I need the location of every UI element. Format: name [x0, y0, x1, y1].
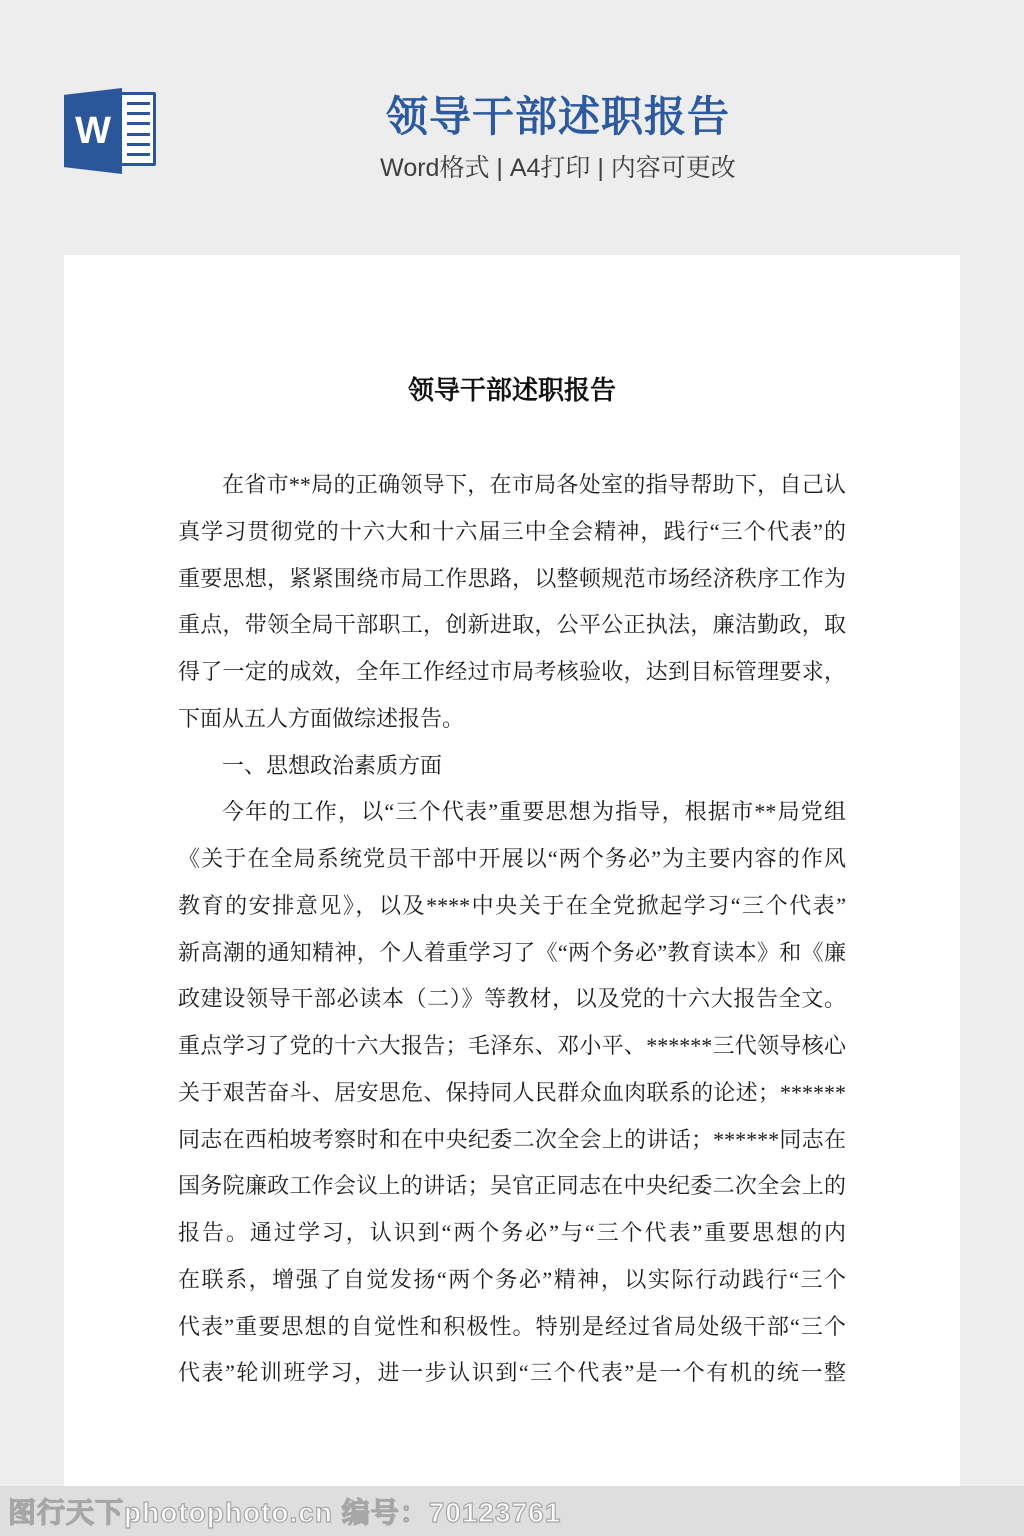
body-line: 《关于在全局系统党员干部中开展以“两个务必”为主要内容的作风 [178, 836, 846, 883]
body-line: 在联系，增强了自觉发扬“两个务必”精神，以实际行动践行“三个 [178, 1257, 846, 1304]
page-background: W 领导干部述职报告 Word格式 | A4打印 | 内容可更改 领导干部述职报… [0, 0, 1024, 1536]
body-line: 国务院廉政工作会议上的讲话；吴官正同志在中央纪委二次全会上的 [178, 1163, 846, 1210]
header-title: 领导干部述职报告 [92, 94, 1024, 140]
document-page: 领导干部述职报告 在省市**局的正确领导下，在市局各处室的指导帮助下，自己认 真… [64, 255, 960, 1536]
body-line: 代表”重要思想的自觉性和积极性。特别是经过省局处级干部“三个 [178, 1304, 846, 1351]
watermark-text: 图行天下photophoto.cn 编号：70123761 [0, 1491, 561, 1531]
header-subtitle: Word格式 | A4打印 | 内容可更改 [92, 153, 1024, 183]
body-line: 重要思想，紧紧围绕市局工作思路，以整顿规范市场经济秩序工作为 [178, 556, 846, 603]
body-line: 教育的安排意见》，以及****中央关于在全党掀起学习“三个代表” [178, 883, 846, 930]
body-line: 报告。通过学习，认识到“两个务必”与“三个代表”重要思想的内 [178, 1210, 846, 1257]
body-line: 今年的工作，以“三个代表”重要思想为指导，根据市**局党组 [178, 789, 846, 836]
body-line: 重点学习了党的十六大报告；毛泽东、邓小平、******三代领导核心 [178, 1023, 846, 1070]
body-line: 重点，带领全局干部职工，创新进取，公平公正执法，廉洁勤政，取 [178, 602, 846, 649]
document-body: 在省市**局的正确领导下，在市局各处室的指导帮助下，自己认 真学习贯彻党的十六大… [64, 462, 960, 1397]
document-title: 领导干部述职报告 [64, 367, 960, 414]
body-line: 下面从五人方面做综述报告。 [178, 696, 846, 743]
section-heading: 一、思想政治素质方面 [178, 743, 846, 790]
body-line: 真学习贯彻党的十六大和十六届三中全会精神，践行“三个代表”的 [178, 509, 846, 556]
body-line: 政建设领导干部必读本（二）》等教材，以及党的十六大报告全文。 [178, 976, 846, 1023]
body-line: 同志在西柏坡考察时和在中央纪委二次全会上的讲话；******同志在 [178, 1117, 846, 1164]
body-line: 关于艰苦奋斗、居安思危、保持同人民群众血肉联系的论述；****** [178, 1070, 846, 1117]
header: 领导干部述职报告 Word格式 | A4打印 | 内容可更改 [92, 94, 1024, 183]
body-line: 得了一定的成效，全年工作经过市局考核验收，达到目标管理要求， [178, 649, 846, 696]
body-line: 在省市**局的正确领导下，在市局各处室的指导帮助下，自己认 [178, 462, 846, 509]
body-line: 代表”轮训班学习，进一步认识到“三个代表”是一个有机的统一整 [178, 1350, 846, 1397]
body-line: 新高潮的通知精神，个人着重学习了《“两个务必”教育读本》和《廉 [178, 930, 846, 977]
watermark-bar: 图行天下photophoto.cn 编号：70123761 [0, 1486, 1024, 1536]
